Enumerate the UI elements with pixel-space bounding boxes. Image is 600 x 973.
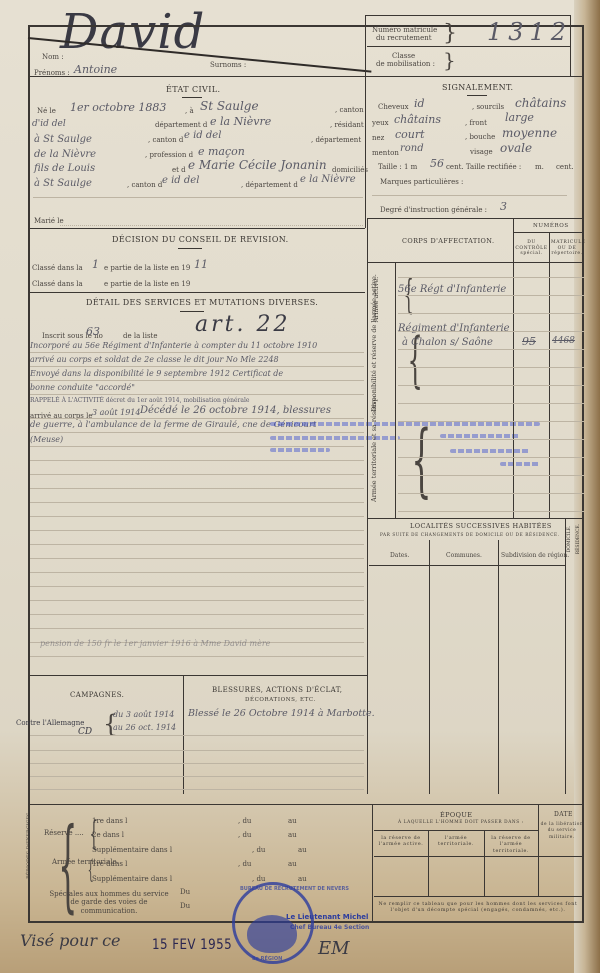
classe-row2-label: Classé dans la xyxy=(32,281,83,288)
rule xyxy=(372,195,567,196)
rule xyxy=(30,614,364,615)
rule xyxy=(398,475,584,476)
a-label: , à xyxy=(185,108,194,115)
ne-le-label: Né le xyxy=(37,108,56,115)
rule xyxy=(30,474,364,475)
services-title: DÉTAIL DES SERVICES ET MUTATIONS DIVERSE… xyxy=(86,299,318,307)
stamp-ring-text: BUREAU DE RECRUTEMENT DE NEVERS xyxy=(240,886,349,892)
ink-bleed xyxy=(270,436,400,440)
au-label: au xyxy=(288,832,297,839)
campagne-to: au 26 oct. 1914 xyxy=(113,724,176,732)
rule xyxy=(398,493,584,494)
reserve-row-label: Supplémentaire dans l xyxy=(92,847,172,854)
service-line: (Meuse) xyxy=(30,436,63,444)
side-territoriale: Armée territoriale et sa réserve. xyxy=(371,412,378,502)
divider xyxy=(374,856,582,857)
brace: } xyxy=(443,50,456,70)
divider xyxy=(374,830,538,831)
divider xyxy=(513,232,584,233)
departement2-label: , département xyxy=(311,137,361,144)
col-dates: Dates. xyxy=(390,553,409,559)
departement3-label: , département d xyxy=(241,182,298,189)
date-subtitle: de la libération du service militaire. xyxy=(540,822,584,841)
divider xyxy=(484,830,485,896)
col-residence: RÉSIDENCE. xyxy=(577,523,582,555)
corps-entry: à Chalon s/ Saône xyxy=(402,338,493,348)
rule xyxy=(30,586,364,587)
yeux-value: châtains xyxy=(394,114,441,125)
ink-bleed xyxy=(270,448,330,452)
classe-row1-label-b: e partie de la liste en 19 xyxy=(104,265,190,272)
corps-title: CORPS D'AFFECTATION. xyxy=(402,238,494,245)
bouche-label: , bouche xyxy=(465,134,495,141)
au-label: au xyxy=(298,847,307,854)
ink-bleed xyxy=(450,449,530,453)
rule xyxy=(30,460,364,461)
rule xyxy=(30,572,364,573)
etat-civil-title: ÉTAT CIVIL. xyxy=(166,86,220,94)
rule xyxy=(30,558,364,559)
au-label: au xyxy=(288,861,297,868)
header-divider xyxy=(365,15,366,76)
a-value: St Saulge xyxy=(200,100,259,112)
rule xyxy=(30,366,364,367)
classe-label: Classe xyxy=(392,53,415,60)
epoque-subtitle: À LAQUELLE L'HOMME DOIT PASSER DANS : xyxy=(398,821,524,825)
inscrit-value: 63 xyxy=(86,326,100,337)
taille-m-label: m. xyxy=(535,164,544,171)
numeros-title: NUMÉROS xyxy=(533,224,569,230)
rule xyxy=(398,295,584,296)
service-line: arrivé au corps et soldat de 2e classe l… xyxy=(30,356,279,364)
reserve-row-label: 2e dans l xyxy=(92,832,124,839)
rule xyxy=(398,385,584,386)
liste-value: art. 22 xyxy=(195,314,290,336)
ink-bleed xyxy=(440,434,520,438)
official-stamp xyxy=(232,882,314,964)
epoque-col1: la réserve de l'armée active. xyxy=(376,836,426,849)
divider xyxy=(374,896,584,897)
divider xyxy=(28,675,367,676)
service-line: bonne conduite "accordé" xyxy=(30,384,135,392)
rule xyxy=(30,516,364,517)
nez-label: nez xyxy=(372,135,384,142)
matricule-label: Numéro matricule xyxy=(372,27,437,34)
stamp-officer-sub: Chef Bureau 4e Section xyxy=(290,924,369,931)
visage-label: visage xyxy=(470,149,493,156)
sourcils-label: , sourcils xyxy=(472,104,504,111)
stamp-officer: Le Lieutenant Michel xyxy=(286,913,368,921)
fils-value: fils de Louis xyxy=(34,164,95,174)
divider xyxy=(367,218,584,219)
campagne-label: Contre l'Allemagne xyxy=(16,720,84,727)
taille-label: Taille : 1 m xyxy=(378,164,417,171)
divider xyxy=(372,804,373,922)
marques-label: Marques particulières : xyxy=(380,179,463,186)
yeux-label: yeux xyxy=(372,120,389,127)
du-label: , du xyxy=(252,847,265,854)
classe-row1-year: 11 xyxy=(194,259,208,270)
rule xyxy=(398,403,584,404)
sourcils-value: châtains xyxy=(515,97,566,109)
rule xyxy=(30,352,364,353)
marie-label: Marié le xyxy=(34,218,64,225)
divider xyxy=(369,565,565,566)
col-communes: Communes. xyxy=(446,553,482,559)
service-line: Décédé le 26 octobre 1914, blessures xyxy=(140,406,331,416)
nez-value: court xyxy=(395,129,425,140)
rule xyxy=(398,439,584,440)
corps-entry: 56e Régt d'Infanterie xyxy=(398,285,506,295)
pension-note: pension de 150 fr le 1er janvier 1916 à … xyxy=(40,640,270,648)
mere-value: e Marie Cécile Jonanin xyxy=(188,159,327,171)
ink-bleed xyxy=(500,462,540,466)
rule xyxy=(30,628,364,629)
signalement-title: SIGNALEMENT. xyxy=(442,84,514,92)
canton-label: , canton xyxy=(335,107,364,114)
au-label: au xyxy=(288,818,297,825)
departement2-value: de la Nièvre xyxy=(34,150,96,160)
col-controle: DU CONTRÔLE spécial. xyxy=(515,240,548,257)
nom-label: Nom : xyxy=(42,54,64,61)
rule xyxy=(30,418,364,419)
title-underline xyxy=(178,248,202,249)
territoriale-row-label: 1re dans l xyxy=(92,861,127,868)
rule xyxy=(60,225,363,226)
speciales-row-label: Du xyxy=(180,903,190,910)
degre-label: Degré d'instruction générale : xyxy=(380,207,487,214)
divider xyxy=(513,218,514,518)
divider xyxy=(428,830,429,896)
cheveux-label: Cheveux xyxy=(378,104,409,111)
campagnes-title: CAMPAGNES. xyxy=(70,692,124,699)
divider xyxy=(367,518,584,519)
classe-row2-label-b: e partie de la liste en 19 xyxy=(104,281,190,288)
rule xyxy=(398,367,584,368)
prenoms-value: Antoine xyxy=(74,64,117,75)
canton3-value: e id del xyxy=(162,176,199,186)
canton2-label: , canton d xyxy=(148,137,183,144)
rule xyxy=(30,530,364,531)
initials: EM xyxy=(318,940,350,958)
divider xyxy=(429,540,430,794)
rule xyxy=(398,277,584,278)
header-top-line xyxy=(365,15,570,16)
classe-row1-label: Classé dans la xyxy=(32,265,83,272)
rule xyxy=(30,656,364,657)
territoriale-row-label: Supplémentaire dans l xyxy=(92,876,172,883)
taille-cent2-label: cent. xyxy=(556,164,574,171)
rule xyxy=(398,511,584,512)
blessures-subtitle: DÉCORATIONS, ETC. xyxy=(245,698,316,704)
service-line: Envoyé dans la disponibilité le 9 septem… xyxy=(30,370,283,378)
classe-label-2: de mobilisation : xyxy=(376,61,435,68)
col-subdivision: Subdivision de région. xyxy=(501,553,569,559)
speciales-row-label: Du xyxy=(180,889,190,896)
decision-title: DÉCISION DU CONSEIL DE REVISION. xyxy=(112,236,289,244)
rule xyxy=(30,446,364,447)
rule xyxy=(30,544,364,545)
du-label: , du xyxy=(238,832,251,839)
departement-label: département d xyxy=(155,122,207,129)
rule xyxy=(33,197,363,198)
divider xyxy=(565,518,566,794)
divider xyxy=(28,76,584,77)
epoque-col2: l'armée territoriale. xyxy=(430,836,482,849)
divider xyxy=(538,804,539,896)
rule xyxy=(398,457,584,458)
matricule-label-2: du recrutement xyxy=(376,35,432,42)
rule xyxy=(30,432,364,433)
corps-controle-number: 95 xyxy=(522,336,536,347)
departement-value: e la Nièvre xyxy=(210,116,271,127)
liste-label: de la liste xyxy=(123,333,158,340)
taille-cent-label: cent. Taille rectifiée : xyxy=(446,164,521,171)
menton-value: rond xyxy=(400,144,424,154)
degre-value: 3 xyxy=(500,201,507,212)
rule xyxy=(30,735,364,736)
taille-value: 56 xyxy=(430,158,444,169)
rule xyxy=(30,789,364,790)
brace: { xyxy=(411,420,431,500)
divider xyxy=(28,292,365,293)
du-label: , du xyxy=(238,818,251,825)
corps-matricule-number: 4468 xyxy=(552,337,575,346)
title-underline xyxy=(182,97,202,98)
rule xyxy=(30,750,364,751)
rule xyxy=(398,421,584,422)
divider xyxy=(365,76,366,228)
rule xyxy=(398,331,584,332)
ink-bleed xyxy=(270,422,540,426)
front-value: large xyxy=(505,112,534,123)
epoque-col3: la réserve de l'armée territoriale. xyxy=(486,836,536,855)
divider xyxy=(367,46,570,47)
canton-value: d'id del xyxy=(32,120,66,129)
visage-value: ovale xyxy=(500,142,532,154)
profession-label: , profession d xyxy=(145,152,193,159)
reserve-label: Réserve .... xyxy=(44,830,84,837)
au-label: au xyxy=(298,876,307,883)
rule xyxy=(30,600,364,601)
arrive-value: 3 août 1914 xyxy=(92,409,141,417)
localites-subtitle: PAR SUITE DE CHANGEMENTS DE DOMICILE OU … xyxy=(380,533,560,537)
classe-row1-partie: 1 xyxy=(92,259,99,270)
canton2-value: e id del xyxy=(184,131,221,141)
rule xyxy=(30,488,364,489)
epoque-title: ÉPOQUE xyxy=(440,812,472,819)
ne-le-value: 1er octobre 1883 xyxy=(70,102,166,113)
stamp-region-text: 8e RÉGION xyxy=(252,956,282,962)
rule xyxy=(30,776,364,777)
bouche-value: moyenne xyxy=(502,127,557,139)
blessure-entry: Blessé le 26 Octobre 1914 à Marbotte. xyxy=(188,709,375,719)
date-title: DATE xyxy=(554,812,573,818)
canton3-label: , canton d xyxy=(127,182,162,189)
periodes-side-label: PÉRIODES D'EXERCICES. xyxy=(27,810,33,880)
reserve-row-label: 1re dans l xyxy=(92,818,127,825)
date-stamp: 15 FEV 1955 xyxy=(152,937,232,953)
campagne-from: du 3 août 1914 xyxy=(113,711,174,719)
profession-value: e maçon xyxy=(198,146,245,157)
front-label: , front xyxy=(465,120,487,127)
matricule-value: 1312 xyxy=(487,20,572,44)
handwritten-note: Visé pour ce xyxy=(20,933,121,949)
du-label: , du xyxy=(238,861,251,868)
col-domicile: DOMICILE. xyxy=(568,523,573,555)
residant-value: à St Saulge xyxy=(34,135,92,145)
surnoms-label: Surnoms : xyxy=(210,62,246,69)
speciales-label: Spéciales aux hommes du service de garde… xyxy=(44,890,174,915)
domicilies-value: à St Saulge xyxy=(34,179,92,189)
blessures-title: BLESSURES, ACTIONS D'ÉCLAT, xyxy=(212,687,342,694)
col-matricule: MATRICULE OU DE répertoire. xyxy=(551,240,583,257)
rule xyxy=(30,763,364,764)
divider xyxy=(395,262,396,518)
localites-title: LOCALITÉS SUCCESSIVES HABITÉES xyxy=(410,523,552,530)
menton-label: menton xyxy=(372,150,399,157)
domicilies-label: domiciliés xyxy=(332,167,368,174)
brace: } xyxy=(443,23,457,45)
corps-entry: Régiment d'Infanterie xyxy=(398,324,510,334)
residant-label: , résidant xyxy=(330,122,364,129)
divider xyxy=(367,262,584,263)
rule xyxy=(30,394,364,395)
service-line: Incorporé au 56e Régiment d'Infanterie à… xyxy=(30,342,317,350)
divider xyxy=(498,540,499,794)
et-label: et d xyxy=(172,167,186,174)
rule xyxy=(30,502,364,503)
divider xyxy=(28,804,584,805)
rule xyxy=(398,349,584,350)
rappele-line: RAPPELÉ À L'ACTIVITÉ décret du 1er août … xyxy=(30,398,249,404)
epoque-footnote: Ne remplir ce tableau que pour les homme… xyxy=(378,902,578,915)
rule xyxy=(30,380,364,381)
cheveux-value: id xyxy=(414,98,425,109)
divider xyxy=(28,228,365,229)
rule xyxy=(398,313,584,314)
departement3-value: e la Nièvre xyxy=(300,175,356,185)
title-underline xyxy=(467,95,487,96)
